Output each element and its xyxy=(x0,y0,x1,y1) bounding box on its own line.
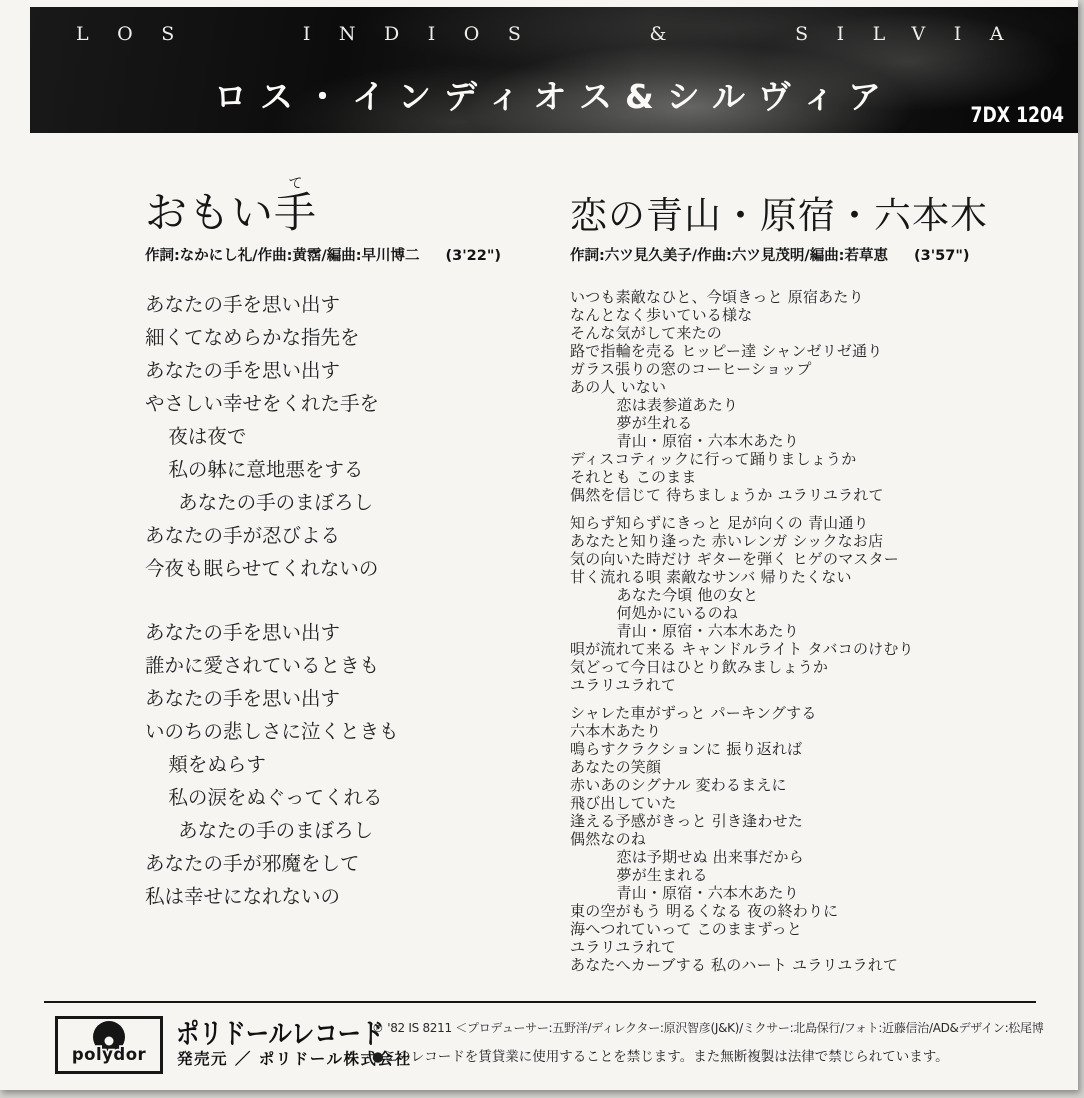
lyric-line: あなたへカーブする 私のハート ユラリユラれて xyxy=(570,956,1050,974)
lyric-line: 青山・原宿・六本木あたり xyxy=(570,432,1050,450)
song-credits-right-text: 作詞:六ツ見久美子/作曲:六ツ見茂明/編曲:若草恵 xyxy=(570,248,888,264)
lyric-line: 私の躰に意地悪をする xyxy=(145,453,545,486)
lyric-line: 鳴らすクラクションに 振り返れば xyxy=(570,740,1050,758)
lyric-line: あなたの手を思い出す xyxy=(145,682,545,715)
lyric-line: そんな気がして来たの xyxy=(570,324,1050,342)
song-title-left-text: おもい手て xyxy=(145,176,317,234)
lyric-line: 青山・原宿・六本木あたり xyxy=(570,884,1050,902)
lyrics-left: あなたの手を思い出す細くてなめらかな指先をあなたの手を思い出すやさしい幸せをくれ… xyxy=(145,288,545,913)
lyric-line: なんとなく歩いている様な xyxy=(570,306,1050,324)
lyric-line: あなたの手を思い出す xyxy=(145,354,545,387)
lyric-line: あなたの手のまぼろし xyxy=(145,814,545,847)
lyric-line: 誰かに愛されているときも xyxy=(145,649,545,682)
header-band: LOS INDIOS & SILVIA ロス・インディオス&シルヴィア 7DX … xyxy=(30,7,1078,133)
lyric-line: 偶然なのね xyxy=(570,830,1050,848)
lyric-line: 赤いあのシグナル 変わるまえに xyxy=(570,776,1050,794)
lyric-line: 恋は表参道あたり xyxy=(570,396,1050,414)
rental-notice: ●このレコードを賃貸業に使用することを禁じます。また無断複製は法律で禁じられてい… xyxy=(372,1045,1052,1065)
lyric-line: あなたの手を思い出す xyxy=(145,616,545,649)
lyric-line: 夢が生まれる xyxy=(570,866,1050,884)
lyrics-verse: いつも素敵なひと、今頃きっと 原宿あたりなんとなく歩いている様なそんな気がして来… xyxy=(570,288,1050,504)
lyrics-verse: シャレた車がずっと パーキングする六本木あたり鳴らすクラクションに 振り返ればあ… xyxy=(570,704,1050,974)
song-title-right: 恋の青山・原宿・六本木 xyxy=(570,170,1050,234)
lyric-line: 頬をぬらす xyxy=(145,748,545,781)
lyric-line: 偶然を信じて 待ちましょうか ユラリユラれて xyxy=(570,486,1050,504)
lyric-line: 私は幸せになれないの xyxy=(145,880,545,913)
label-name: ポリドールレコード xyxy=(176,1012,384,1052)
production-credits: ℗ '82 IS 8211 ＜プロデューサー:五野洋/ディレクター:原沢智彦(J… xyxy=(372,1019,1052,1036)
song-title-right-text: 恋の青山・原宿・六本木 xyxy=(570,197,988,234)
song-credits-left: 作詞:なかにし礼/作曲:黄霑/編曲:早川博二(3'22") xyxy=(145,244,545,265)
song-title-left-kanji: 手 xyxy=(274,188,317,237)
song-duration-left: (3'22") xyxy=(446,248,502,264)
lyric-line: 恋は予期せぬ 出来事だから xyxy=(570,848,1050,866)
lyric-line: いのちの悲しさに泣くときも xyxy=(145,715,545,748)
lyric-line: いつも素敵なひと、今頃きっと 原宿あたり xyxy=(570,288,1050,306)
lyric-line: 知らず知らずにきっと 足が向くの 青山通り xyxy=(570,514,1050,532)
lyric-line: 細くてなめらかな指先を xyxy=(145,321,545,354)
song-section-left: おもい手て 作詞:なかにし礼/作曲:黄霑/編曲:早川博二(3'22") あなたの… xyxy=(145,170,545,913)
lyric-line: ディスコティックに行って踊りましょうか xyxy=(570,450,1050,468)
furigana-label: て xyxy=(274,176,317,192)
song-title-left-kanji-with-furigana: 手て xyxy=(274,188,317,237)
lyrics-right: いつも素敵なひと、今頃きっと 原宿あたりなんとなく歩いている様なそんな気がして来… xyxy=(570,288,1050,974)
lyric-line: あなたと知り逢った 赤いレンガ シックなお店 xyxy=(570,532,1050,550)
song-duration-right: (3'57") xyxy=(914,248,970,264)
lyric-line: シャレた車がずっと パーキングする xyxy=(570,704,1050,722)
lyric-line: 今夜も眠らせてくれないの xyxy=(145,552,545,585)
lyric-line: 甘く流れる唄 素敵なサンバ 帰りたくない xyxy=(570,568,1050,586)
lyric-line: 何処かにいるのね xyxy=(570,604,1050,622)
lyric-line: あなたの手を思い出す xyxy=(145,288,545,321)
lyric-line: やさしい幸せをくれた手を xyxy=(145,387,545,420)
lyric-line: 唄が流れて来る キャンドルライト タバコのけむり xyxy=(570,640,1050,658)
lyric-line: 路で指輪を売る ヒッピー達 シャンゼリゼ通り xyxy=(570,342,1050,360)
lyrics-verse: あなたの手を思い出す細くてなめらかな指先をあなたの手を思い出すやさしい幸せをくれ… xyxy=(145,288,545,585)
lyric-line: 東の空がもう 明るくなる 夜の終わりに xyxy=(570,902,1050,920)
lyric-line: 六本木あたり xyxy=(570,722,1050,740)
lyric-line: あなた今頃 他の女と xyxy=(570,586,1050,604)
song-section-right: 恋の青山・原宿・六本木 作詞:六ツ見久美子/作曲:六ツ見茂明/編曲:若草恵(3'… xyxy=(570,170,1050,974)
catalog-number: 7DX 1204 xyxy=(971,103,1064,127)
lyric-line: 夜は夜で xyxy=(145,420,545,453)
polydor-logo: polydor xyxy=(55,1016,163,1074)
lyric-line: あの人 いない xyxy=(570,378,1050,396)
lyric-line: 気の向いた時だけ ギターを弾く ヒゲのマスター xyxy=(570,550,1050,568)
lyric-line: 海へつれていって このままずっと xyxy=(570,920,1050,938)
lyric-line: 夢が生れる xyxy=(570,414,1050,432)
song-title-left: おもい手て xyxy=(145,170,545,234)
lyric-line: ユラリユラれて xyxy=(570,938,1050,956)
lyric-line: 私の涙をぬぐってくれる xyxy=(145,781,545,814)
lyric-line: 逢える予感がきっと 引き逢わせた xyxy=(570,812,1050,830)
lyric-line: あなたの笑顔 xyxy=(570,758,1050,776)
lyric-line: 飛び出していた xyxy=(570,794,1050,812)
song-credits-right: 作詞:六ツ見久美子/作曲:六ツ見茂明/編曲:若草恵(3'57") xyxy=(570,244,1050,265)
lyric-line: あなたの手のまぼろし xyxy=(145,486,545,519)
lyrics-verse: 知らず知らずにきっと 足が向くの 青山通りあなたと知り逢った 赤いレンガ シック… xyxy=(570,514,1050,694)
lyric-line: それとも このまま xyxy=(570,468,1050,486)
record-sleeve-back: LOS INDIOS & SILVIA ロス・インディオス&シルヴィア 7DX … xyxy=(0,0,1078,1090)
song-title-left-kana: おもい xyxy=(145,188,274,237)
footer-divider xyxy=(44,1001,1036,1003)
lyric-line: あなたの手が邪魔をして xyxy=(145,847,545,880)
polydor-logo-text: polydor xyxy=(72,1045,147,1064)
artist-name-japanese: ロス・インディオス&シルヴィア xyxy=(30,71,1078,118)
artist-name-english: LOS INDIOS & SILVIA xyxy=(30,23,1078,45)
lyric-line: あなたの手が忍びよる xyxy=(145,519,545,552)
lyrics-verse: あなたの手を思い出す誰かに愛されているときもあなたの手を思い出すいのちの悲しさに… xyxy=(145,616,545,913)
lyric-line: ユラリユラれて xyxy=(570,676,1050,694)
song-credits-left-text: 作詞:なかにし礼/作曲:黄霑/編曲:早川博二 xyxy=(145,248,420,264)
lyric-line: 気どって今日はひとり飲みましょうか xyxy=(570,658,1050,676)
lyric-line: 青山・原宿・六本木あたり xyxy=(570,622,1050,640)
lyric-line: ガラス張りの窓のコーヒーショップ xyxy=(570,360,1050,378)
record-disc-icon: polydor xyxy=(62,1020,156,1064)
